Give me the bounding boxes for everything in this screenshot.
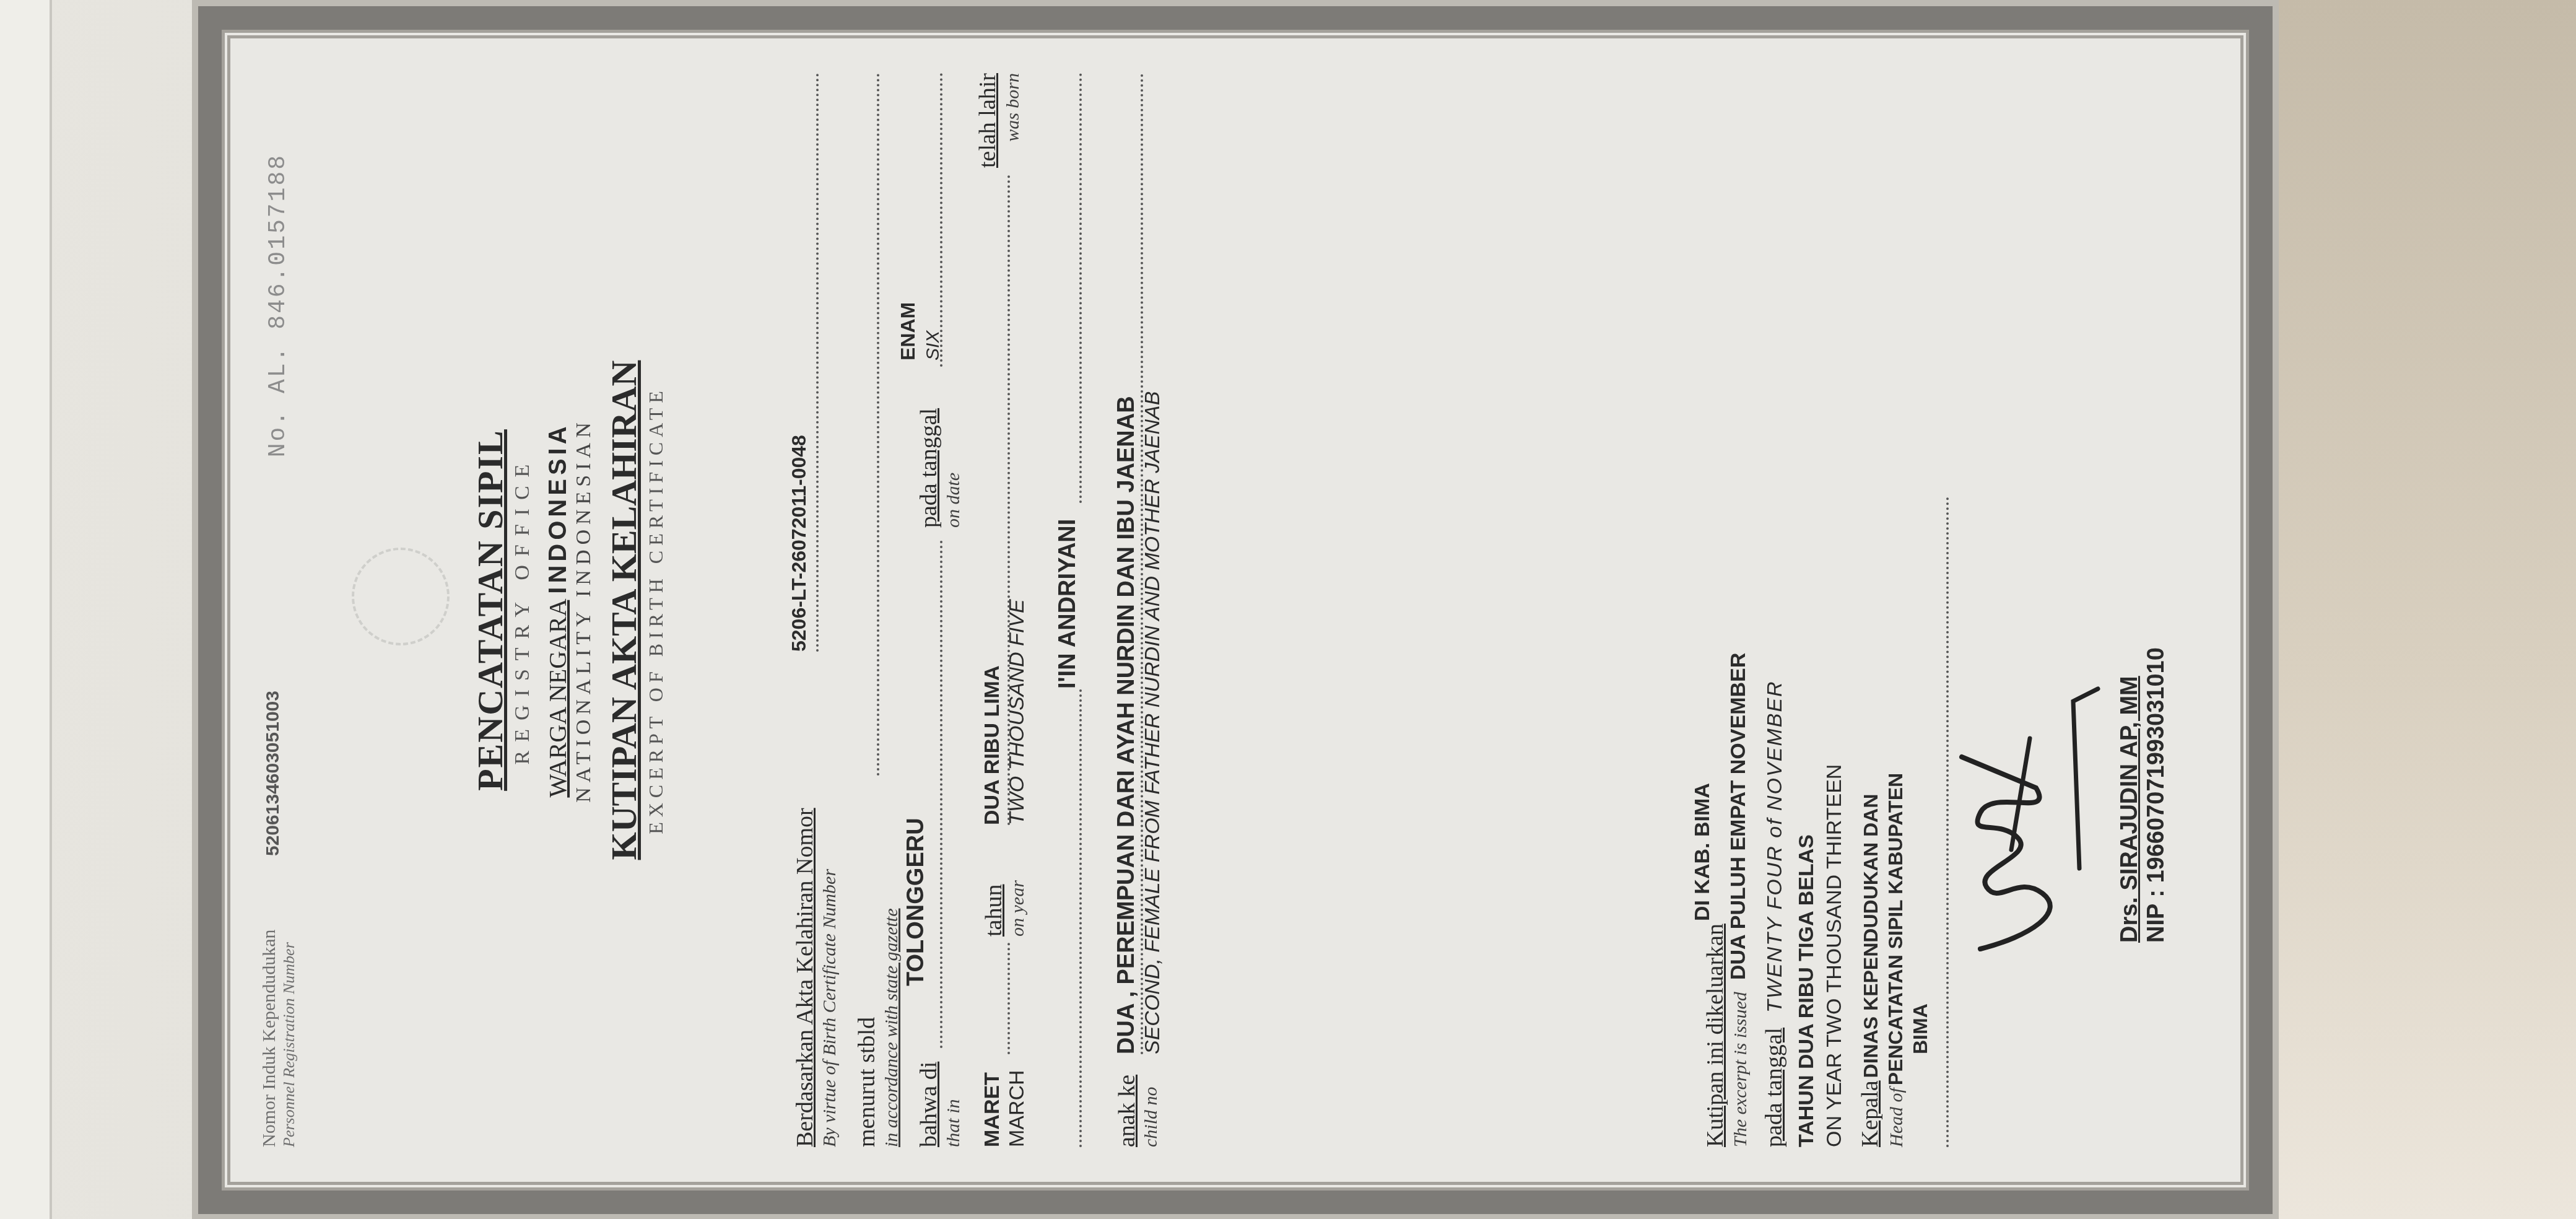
month-value: MARET — [980, 1072, 1004, 1147]
field-child-info: anak ke child no DUA , PEREMPUAN DARI AY… — [1113, 73, 1169, 1147]
child-label: anak ke — [1113, 1075, 1141, 1147]
field-month-year: MARET MARCH tahun on year DUA RIBU LIMA … — [980, 73, 1036, 1147]
certificate-title: KUTIPAN AKTA KELAHIRAN — [603, 73, 645, 1147]
head-label-en: Head of — [1886, 1088, 1907, 1147]
nik-label: Nomor Induk Kependudukan — [259, 929, 280, 1147]
child-label-en: child no — [1141, 1087, 1162, 1148]
date-label: pada tanggal — [915, 408, 942, 528]
serial-number: No. AL. 846.0157188 — [265, 154, 292, 457]
signatory: Drs. SIRAJUDIN AP, MM NIP : 196607071993… — [2117, 73, 2170, 943]
year-label: tahun — [980, 885, 1007, 937]
issued-date-en: TWENTY FOUR of NOVEMBER — [1763, 680, 1786, 1013]
certificate-title-en: EXCERPT OF BIRTH CERTIFICATE — [645, 73, 668, 1147]
day-value: ENAM — [897, 302, 920, 360]
certificate-header: PENCATATAN SIPIL REGISTRY OFFICE WARGA N… — [469, 73, 668, 1147]
certificate-number-label: Berdasarkan Akta Kelahiran Nomor — [791, 808, 819, 1147]
office-line-3: BIMA — [1909, 1003, 1932, 1054]
place-label: bahwa di — [916, 1062, 942, 1147]
date-label-en: on date — [943, 473, 964, 528]
certificate-number-label-en: By virtue of Birth Certificate Number — [819, 73, 840, 1147]
stbld-label-en: in accordance with state gazette — [881, 73, 902, 1147]
month-value-en: MARCH — [1005, 1070, 1029, 1147]
field-name: I'IN ANDRIYANI — [1055, 73, 1092, 1147]
nationality-label: WARGA NEGARA — [544, 600, 572, 798]
garuda-emblem-icon — [352, 548, 450, 645]
place-label-en: that in — [943, 1099, 964, 1147]
office-title-en: REGISTRY OFFICE — [511, 73, 534, 1147]
born-label: telah lahir — [974, 73, 1001, 168]
place-value: TOLONGGERU — [903, 818, 929, 986]
issued-year: TAHUN DUA RIBU TIGA BELAS — [1795, 834, 1819, 1147]
year-label-en: on year — [1007, 880, 1029, 937]
issued-place: DI KAB. BIMA — [1690, 783, 1714, 921]
office-title: PENCATATAN SIPIL — [469, 73, 511, 1147]
head-label: Kepala — [1857, 1080, 1883, 1147]
issued-label: Kutipan ini dikeluarkan — [1702, 924, 1728, 1147]
office-line-1: DINAS KEPENDUDUKAN DAN — [1860, 794, 1882, 1078]
signature-icon — [1943, 676, 2104, 961]
child-info: DUA , PEREMPUAN DARI AYAH NURDIN DAN IBU… — [1113, 396, 1140, 1054]
nationality-line: WARGA NEGARA INDONESIA — [543, 73, 572, 1147]
certificate-photo: Nomor Induk Kependudukan Personnel Regis… — [198, 6, 2273, 1214]
child-info-en: SECOND, FEMALE FROM FATHER NURDIN AND MO… — [1141, 391, 1165, 1054]
born-label-en: was born — [1003, 73, 1024, 142]
child-name: I'IN ANDRIYANI — [1055, 519, 1081, 689]
stbld-label: menurut stbld — [854, 1017, 880, 1147]
birth-certificate: Nomor Induk Kependudukan Personnel Regis… — [198, 6, 2273, 1214]
nik-label-en: Personnel Registration Number — [280, 929, 298, 1147]
nationality-en-value: INDONESIAN — [572, 417, 595, 597]
issued-year-en: ON YEAR TWO THOUSAND THIRTEEN — [1822, 764, 1847, 1147]
background-surface — [0, 0, 52, 1219]
certificate-number-value: 5206-LT-26072011-0048 — [788, 435, 811, 652]
nationality-en-label: NATIONALITY — [572, 607, 595, 802]
year-value: DUA RIBU LIMA — [980, 666, 1004, 826]
issued-date-label: pada tanggal — [1761, 1028, 1787, 1147]
issued-date: DUA PULUH EMPAT NOVEMBER — [1726, 653, 1751, 980]
signatory-nip: NIP : 196607071993031010 — [2143, 73, 2170, 943]
nationality-value: INDONESIA — [544, 422, 572, 593]
nationality-line-en: NATIONALITY INDONESIAN — [572, 73, 596, 1147]
nik-value: 5206134603051003 — [263, 691, 284, 856]
issuance-block: Kutipan ini dikeluarkan DI KAB. BIMA The… — [1702, 497, 1949, 1147]
signatory-name: Drs. SIRAJUDIN AP, MM — [2117, 73, 2143, 943]
background-shadow — [2254, 0, 2576, 1219]
place-date-en: that in on date — [943, 73, 964, 1147]
issued-label-en: The excerpt is issued — [1730, 992, 1751, 1147]
office-line-2: PENCATATAN SIPIL KABUPATEN — [1884, 773, 1907, 1085]
